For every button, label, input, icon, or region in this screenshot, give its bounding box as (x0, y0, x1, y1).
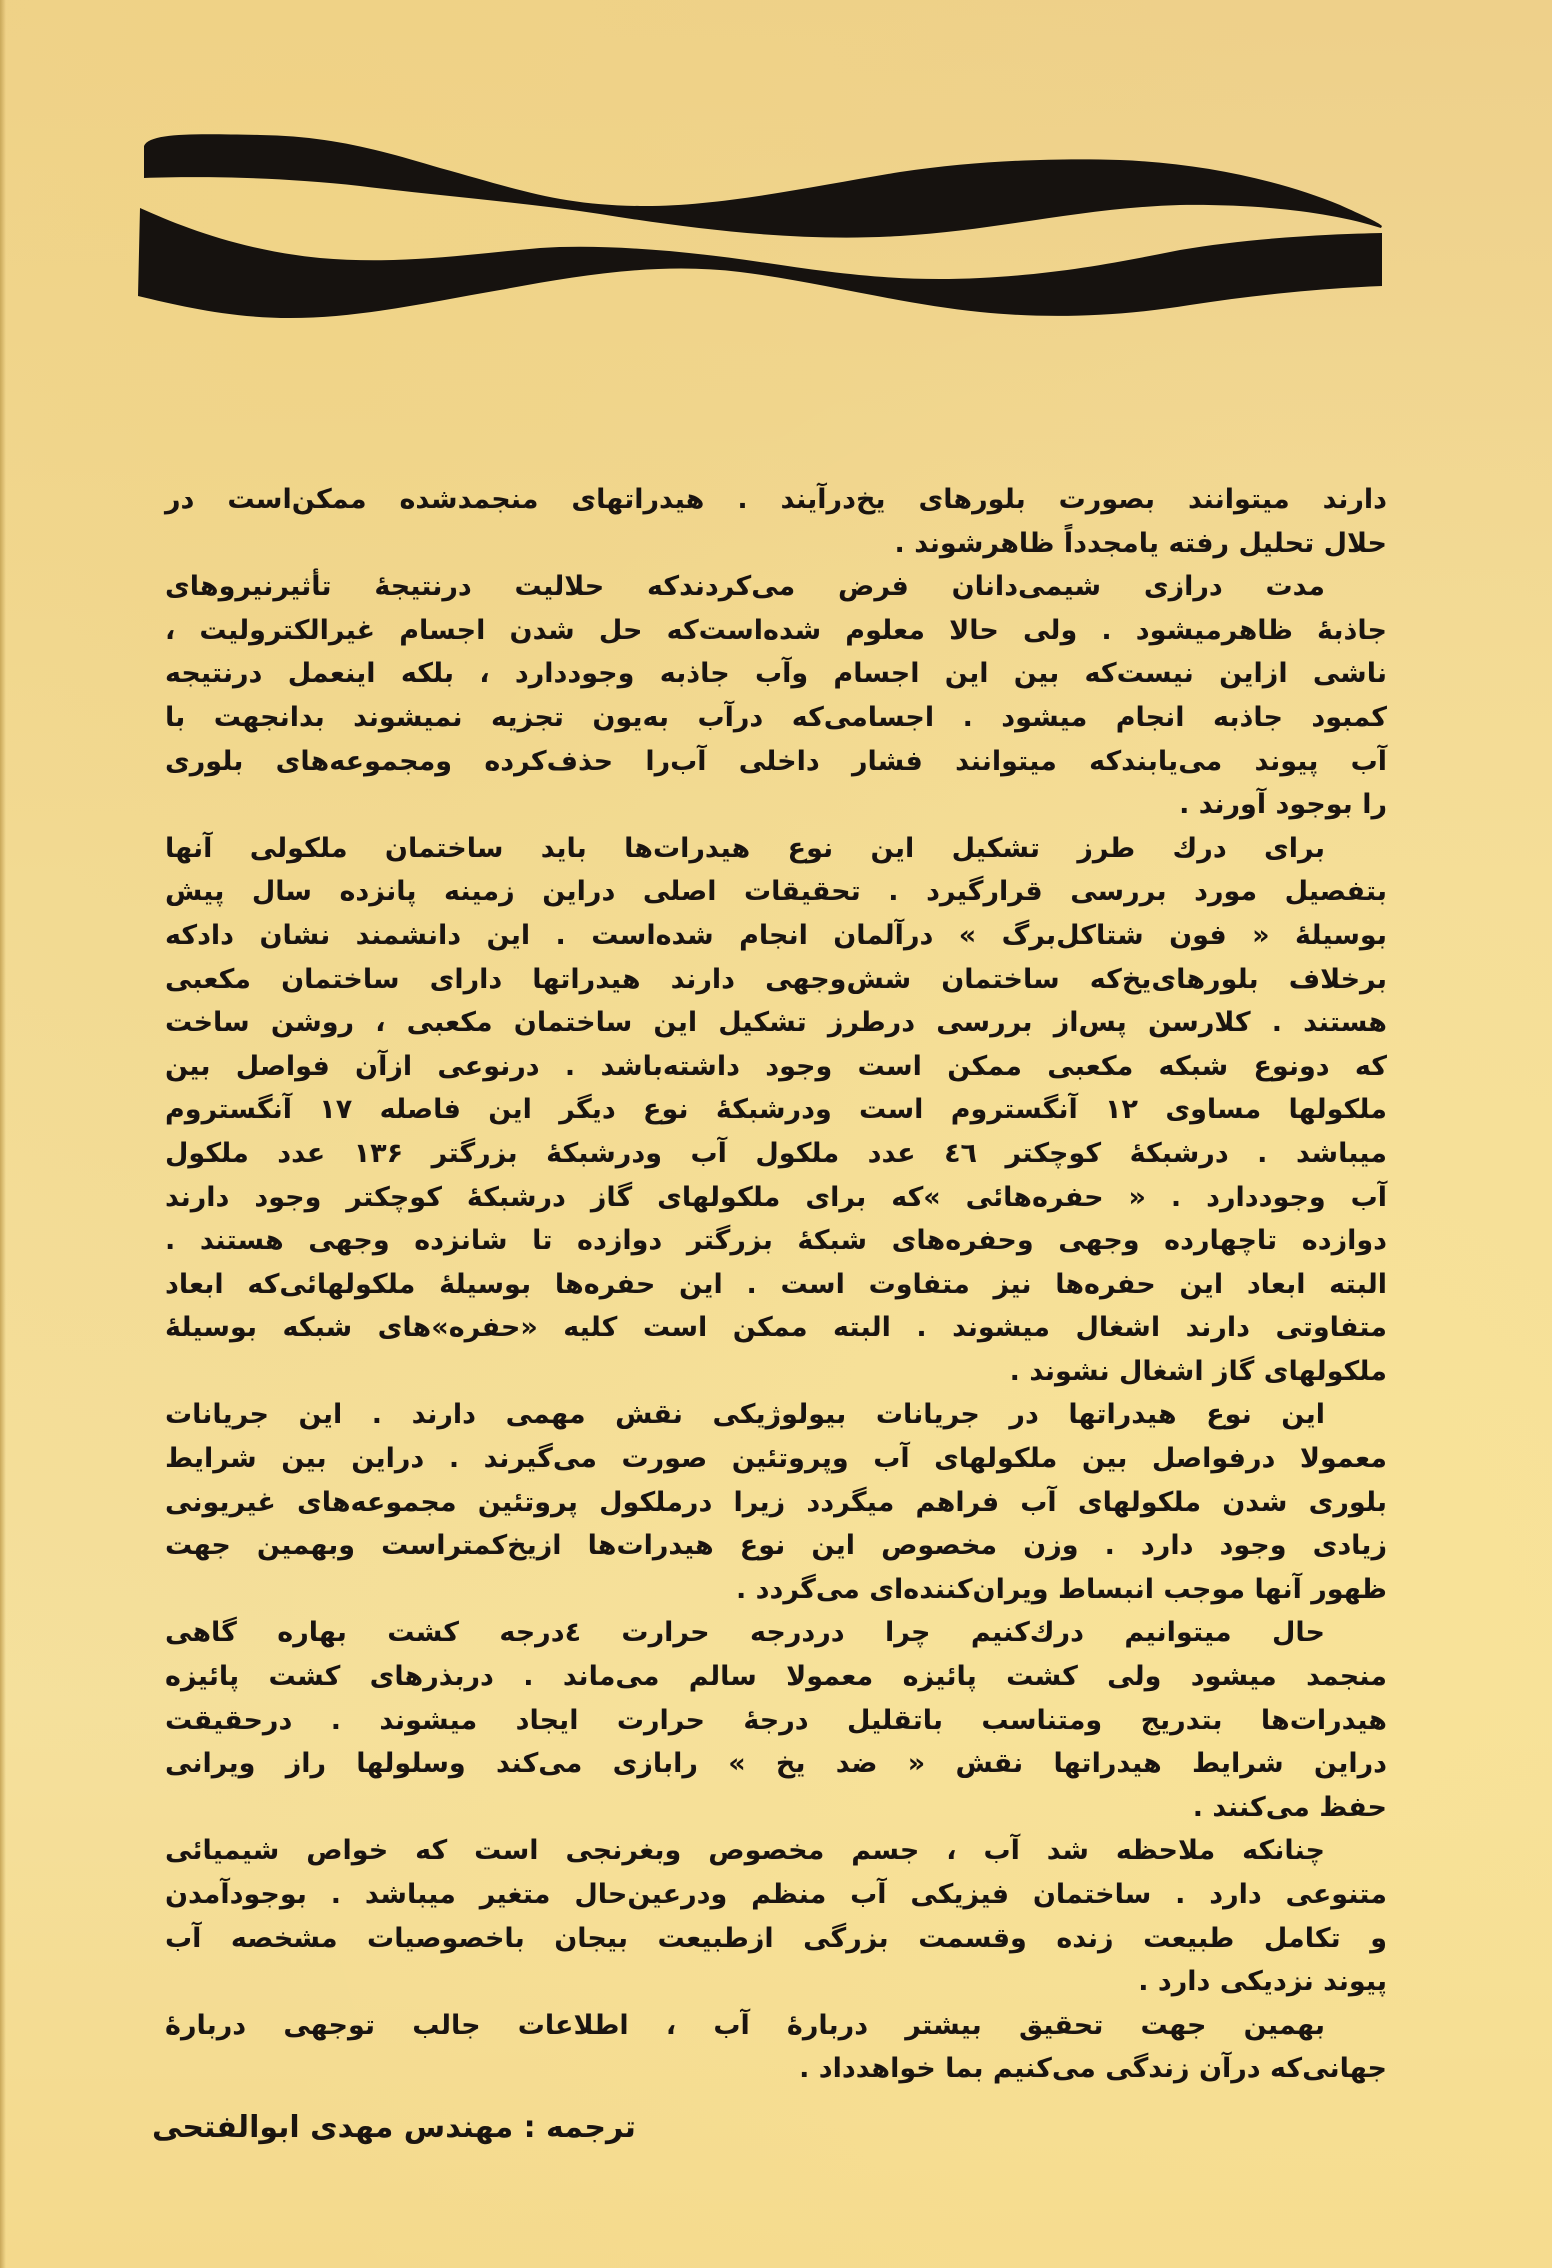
article-line: ملکولها مساوی ۱۲ آنگستروم است ودرشبکهٔ ن… (165, 1088, 1387, 1132)
article-line: دوازده تاچهارده وجهی وحفره‌های شبکهٔ بزر… (165, 1219, 1387, 1263)
article-line-with-scientist-name: بوسیلهٔ « فون شتاکل‌برگ » درآلمان انجام … (165, 914, 1387, 958)
article-line: حال میتوانیم درك‌کنیم چرا دردرجه حرارت ٤… (165, 1611, 1387, 1655)
article-line: چنانکه ملاحظه شد آب ، جسم مخصوص وبغرنجی … (165, 1829, 1387, 1873)
article-line: را بوجود آورند . (165, 783, 1387, 827)
article-line: بهمین جهت تحقیق بیشتر دربارهٔ آب ، اطلاع… (165, 2004, 1387, 2048)
translator-credit: ترجمه : مهندس مهدی ابوالفتحی (152, 2110, 636, 2145)
article-line: ملکولهای گاز اشغال نشوند . (165, 1350, 1387, 1394)
article-line: پیوند نزدیکی دارد . (165, 1960, 1387, 2004)
article-line: مدت درازی شیمی‌دانان فرض می‌کردندکه حلال… (165, 565, 1387, 609)
article-line: حفظ می‌کنند . (165, 1786, 1387, 1830)
article-line: و تکامل طبیعت زنده وقسمت بزرگی ازطبیعت ب… (165, 1917, 1387, 1961)
article-line: برخلاف بلورهای‌یخ‌که ساختمان شش‌وجهی دار… (165, 958, 1387, 1002)
article-line: دارند میتوانند بصورت بلورهای یخ‌درآیند .… (165, 478, 1387, 522)
article-line: متفاوتی دارند اشغال میشوند . البته ممکن … (165, 1306, 1387, 1350)
wave-band-ornament-icon (0, 0, 1552, 340)
article-line: آب پیوند می‌یابندکه میتوانند فشار داخلی … (165, 740, 1387, 784)
article-line: ناشی ازاین نیست‌که بین این اجسام وآب جاذ… (165, 652, 1387, 696)
article-line: البته ابعاد این حفره‌ها نیز متفاوت است .… (165, 1263, 1387, 1307)
article-line: متنوعی دارد . ساختمان فیزیکی آب منظم ودر… (165, 1873, 1387, 1917)
article-line-with-scientist-name: هستند . کلارسن پس‌از بررسی درطرز تشکیل ا… (165, 1001, 1387, 1045)
article-line: منجمد میشود ولی کشت پائیزه معمولا سالم م… (165, 1655, 1387, 1699)
page-edge-shadow (0, 0, 6, 2268)
article-line: هیدرات‌ها بتدریج ومتناسب باتقلیل درجهٔ ح… (165, 1699, 1387, 1743)
article-line: جهانی‌که درآن زندگی می‌کنیم بما خواهدداد… (165, 2047, 1387, 2091)
article-line: که دونوع شبکه مکعبی ممکن است وجود داشته‌… (165, 1045, 1387, 1089)
article-body: دارند میتوانند بصورت بلورهای یخ‌درآیند .… (165, 478, 1387, 2091)
article-line: کمبود جاذبه انجام میشود . اجسامی‌که درآب… (165, 696, 1387, 740)
article-line: حلال تحلیل رفته یامجدداً ظاهرشوند . (165, 522, 1387, 566)
article-line: بلوری شدن ملکولهای آب فراهم میگردد زیرا … (165, 1481, 1387, 1525)
article-line: معمولا درفواصل بین ملکولهای آب وپروتئین … (165, 1437, 1387, 1481)
article-line: زیادی وجود دارد . وزن مخصوص این نوع هیدر… (165, 1524, 1387, 1568)
article-line: جاذبهٔ ظاهرمیشود . ولی حالا معلوم شده‌اس… (165, 609, 1387, 653)
article-line: برای درك طرز تشکیل این نوع هیدرات‌ها بای… (165, 827, 1387, 871)
article-line: میباشد . درشبکهٔ کوچکتر ٤٦ عدد ملکول آب … (165, 1132, 1387, 1176)
article-line: بتفصیل مورد بررسی قرارگیرد . تحقیقات اصل… (165, 870, 1387, 914)
article-line: دراین شرایط هیدراتها نقش « ضد یخ » راباز… (165, 1742, 1387, 1786)
article-line: آب وجوددارد . « حفره‌هائی »که برای ملکول… (165, 1176, 1387, 1220)
article-line: ظهور آنها موجب انبساط ویران‌کننده‌ای می‌… (165, 1568, 1387, 1612)
top-wave-band (144, 134, 1382, 237)
article-line: این نوع هیدراتها در جریانات بیولوژیکی نق… (165, 1393, 1387, 1437)
